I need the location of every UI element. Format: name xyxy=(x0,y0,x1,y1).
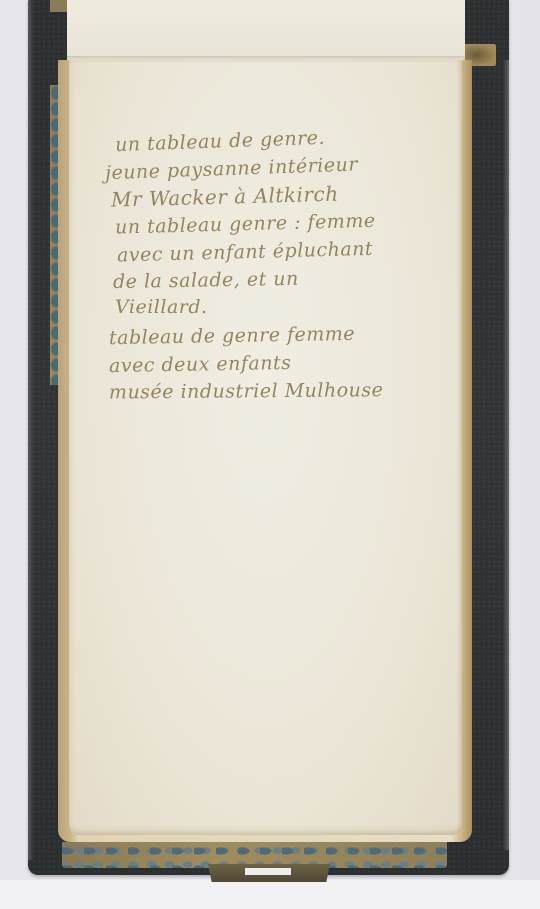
cover-edge-left xyxy=(28,0,34,860)
note-line: musée industriel Mulhouse xyxy=(109,375,463,406)
background-surface xyxy=(0,880,540,909)
handwritten-notes: un tableau de genre. jeune paysanne inté… xyxy=(103,125,463,405)
note-line: Vieillard. xyxy=(115,293,463,321)
note-line: de la salade, et un xyxy=(113,262,463,296)
clasp-opening xyxy=(245,868,291,875)
binding-tab-top-left xyxy=(50,0,68,12)
cover-edge-right xyxy=(503,60,509,850)
previous-page-fold xyxy=(67,0,465,60)
